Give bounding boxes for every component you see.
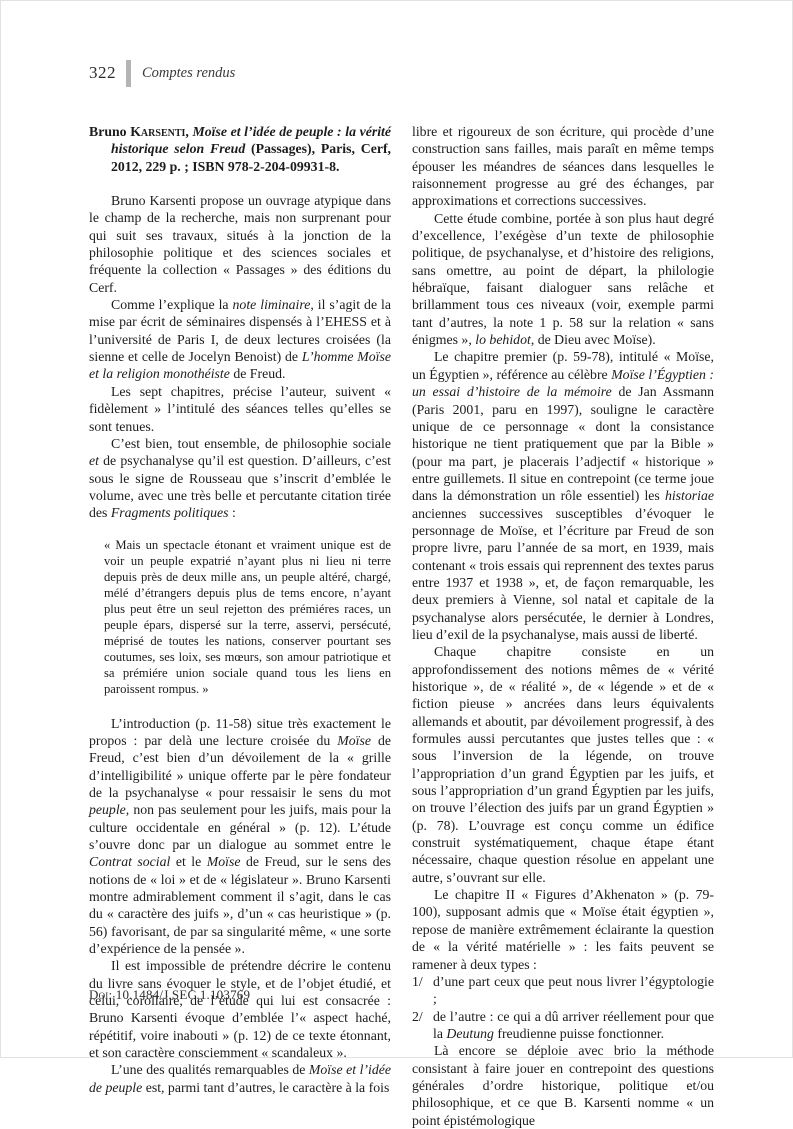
blockquote: « Mais un spectacle étonant et vraiment … (89, 537, 391, 698)
paragraph: Bruno Karsenti propose un ouvrage atypiq… (89, 192, 391, 296)
left-column: Bruno Karsenti, Moïse et l’idée de peupl… (89, 123, 391, 1129)
paragraph: C’est bien, tout ensemble, de philosophi… (89, 435, 391, 522)
list-item-marker: 1/ (412, 973, 433, 990)
running-head-title: Comptes rendus (142, 65, 235, 82)
right-column: libre et rigoureux de son écriture, qui … (412, 123, 714, 1129)
review-body: Bruno Karsenti, Moïse et l’idée de peupl… (89, 123, 713, 1129)
doi-label: Doi: (89, 987, 112, 1002)
paragraph: Comme l’explique la note liminaire, il s… (89, 296, 391, 383)
paragraph: Cette étude combine, portée à son plus h… (412, 210, 714, 349)
list-item: 2/de l’autre : ce qui a dû arriver réell… (412, 1008, 714, 1043)
paragraph: Là encore se déploie avec brio la méthod… (412, 1042, 714, 1129)
paragraph: Chaque chapitre consiste en un approfond… (412, 643, 714, 886)
paragraph-continued: libre et rigoureux de son écriture, qui … (412, 123, 714, 210)
paragraph: Les sept chapitres, précise l’auteur, su… (89, 383, 391, 435)
list-item-marker: 2/ (412, 1008, 433, 1025)
page-header: 322 Comptes rendus (89, 58, 712, 88)
paragraph: Le chapitre premier (p. 59-78), intitulé… (412, 348, 714, 643)
header-divider-bar (126, 60, 131, 87)
paragraph: Il est impossible de prétendre décrire l… (89, 957, 391, 1061)
doi-value: 10.1484/J.SEC.1.103769 (116, 987, 250, 1002)
doi-line: Doi: 10.1484/J.SEC.1.103769 (89, 987, 250, 1003)
review-heading: Bruno Karsenti, Moïse et l’idée de peupl… (89, 123, 391, 175)
paragraph: L’introduction (p. 11-58) situe très exa… (89, 715, 391, 958)
paragraph: Le chapitre II « Figures d’Akhenaton » (… (412, 886, 714, 973)
paragraph: L’une des qualités remarquables de Moïse… (89, 1061, 391, 1096)
page-number: 322 (89, 63, 116, 83)
journal-page: 322 Comptes rendus Bruno Karsenti, Moïse… (0, 0, 793, 1058)
list-item: 1/d’une part ceux que peut nous livrer l… (412, 973, 714, 1008)
